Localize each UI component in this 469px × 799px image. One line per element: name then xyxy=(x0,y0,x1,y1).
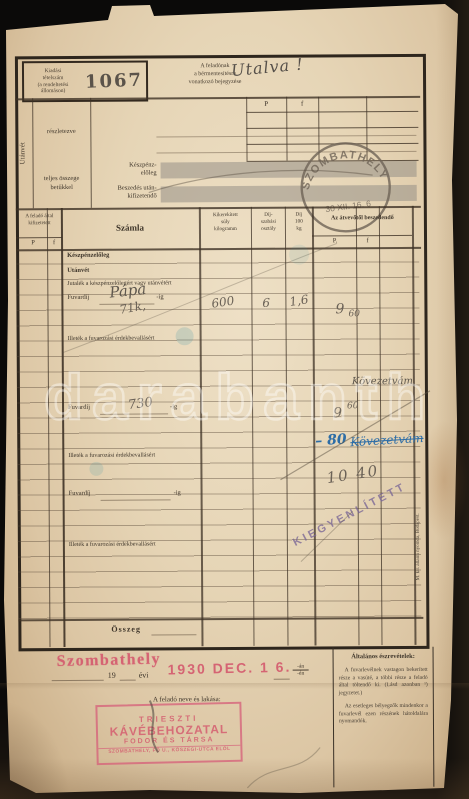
mini-col-f: f xyxy=(286,99,318,107)
hw-amount1-p: 9 xyxy=(335,301,344,317)
svg-text:SZOMBATHELY: SZOMBATHELY xyxy=(296,144,391,193)
pencil-scribble-bottom xyxy=(247,747,320,787)
hw-class: 6 xyxy=(262,296,270,310)
remarks-title: Általános észrevételek: xyxy=(339,653,428,661)
hdr-rate: Díj 100 kg xyxy=(286,212,312,232)
hdr-paid-by-sender: A feladó által kifizetetett xyxy=(17,213,62,227)
remarks-paragraph-1: A fuvarlevélnek vastagon bekerített rész… xyxy=(339,667,428,698)
cod-detail-label: részletezve xyxy=(34,128,88,135)
hdr-f2: f xyxy=(356,237,379,244)
hdr-f: f xyxy=(47,239,61,246)
remarks-paragraph-2: Az esetleges bélyegzők mindenkor a fuvar… xyxy=(339,703,428,726)
mini-col-p: P xyxy=(246,100,286,108)
date-line-rule-2 xyxy=(120,680,136,681)
collect-after-label: Beszedés után- kifizetendő xyxy=(95,184,157,200)
date-stamp: 1930 DEC. 1 6. xyxy=(167,659,291,678)
date-suffix-fraction: -án -én xyxy=(293,664,309,677)
hdr-weight: Kikerekített súly kilogramm xyxy=(200,212,251,233)
date-year-prefix: 19 xyxy=(108,671,116,680)
row-freight-1-suffix: -ig xyxy=(156,293,163,300)
row-fee-3: Illeték a fuvarozási érdekbevallásért xyxy=(69,541,156,548)
hdr-p: P xyxy=(19,239,47,246)
hdr-invoice: Számla xyxy=(61,222,199,233)
general-remarks-box: Általános észrevételek: A fuvarlevélnek … xyxy=(333,647,435,788)
row-fee-2: Illeték a fuvarozási érdekbevallásért xyxy=(68,452,155,459)
hdr-collect: Az átvevőtől beszedendő xyxy=(313,215,412,222)
date-line-rule-3 xyxy=(274,679,290,680)
row-freight-1: Fuvardíj xyxy=(67,294,89,301)
hw-amount1-f: 60 xyxy=(348,309,360,319)
row-freight-3-suffix: -ig xyxy=(174,489,181,496)
date-line-rule-1 xyxy=(52,680,104,681)
city-stamp: Szombathely xyxy=(56,651,161,671)
row-fee-1: Illeték a fuvarozási érdekbevallásért xyxy=(68,335,155,342)
row-cash-advance: Készpénzelőleg xyxy=(67,252,109,259)
dispatch-number-label: Kiadási tételszám (a rendeltetési állomá… xyxy=(24,68,82,96)
hdr-class: Díj- szabási osztály xyxy=(252,212,285,232)
dispatch-number-box: Kiadási tételszám (a rendeltetési állomá… xyxy=(22,61,148,103)
date-evi: évi xyxy=(139,671,149,680)
hw-blue-minus: – 80 xyxy=(315,432,347,450)
dispatch-number-value: 1067 xyxy=(82,69,147,93)
row-cod: Utánvét xyxy=(67,267,89,274)
postmark-city: SZOMBATHELY xyxy=(296,144,391,193)
cod-side-label: Utánvét xyxy=(18,123,26,183)
watermark-text: darabanth xyxy=(44,360,469,434)
company-stamp-line4: SZOMBATHELY, FŐ U., KŐSZEGI-UTCA ELŐL xyxy=(98,744,240,754)
cod-in-words-label: teljes összege betűkkel xyxy=(35,175,89,193)
printer-imprint: M. kir. állami nyomda, Budapest. xyxy=(416,491,425,603)
row-total: Összeg xyxy=(111,625,141,634)
hw-rate: 1,6 xyxy=(288,292,309,309)
cash-advance-label: Készpénz- előleg xyxy=(99,161,157,177)
hdr-p2: P. xyxy=(314,237,356,244)
date-suffix-en: -én xyxy=(293,671,309,677)
row-freight-3: Fuvardíj xyxy=(69,490,91,497)
company-stamp: TRIESZTI KÁVÉBEHOZATAL FODOR ÉS TÁRSA SZ… xyxy=(95,702,242,765)
